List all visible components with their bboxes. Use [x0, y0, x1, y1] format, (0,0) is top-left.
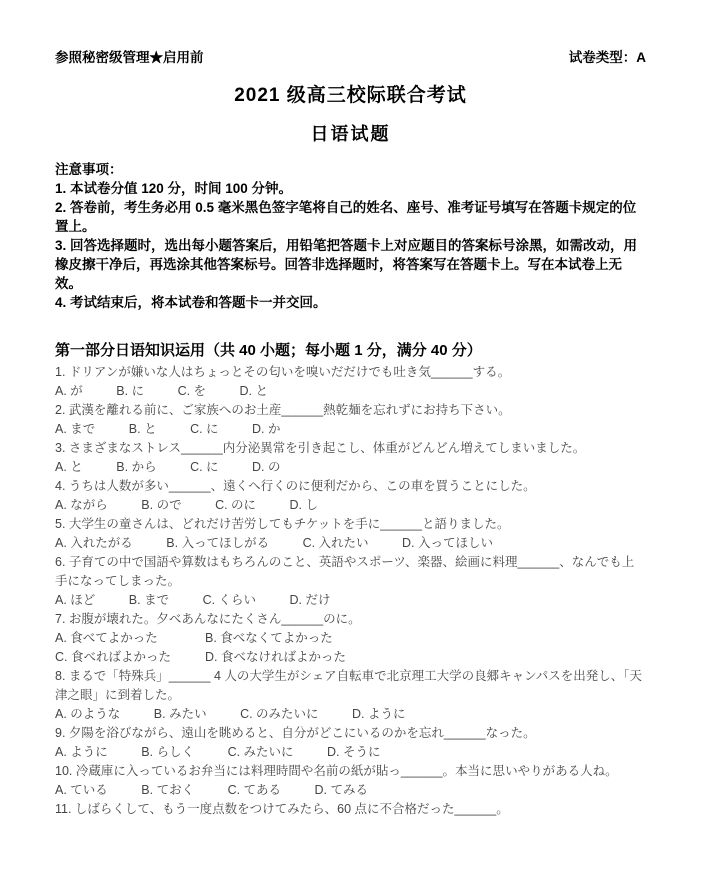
question-options: A. ほど B. まで C. くらい D. だけ [55, 591, 646, 610]
question-10: 10. 冷蔵庫に入っているお弁当には料理時間や名前の紙が貼っ______。本当に… [55, 762, 646, 800]
option-d: D. 食べなければよかった [205, 648, 475, 667]
question-options: A. ながら B. ので C. のに D. し [55, 496, 646, 515]
question-text: 2. 武漢を離れる前に、ご家族へのお土産______熱乾麺を忘れずにお持ち下さい… [55, 401, 646, 420]
notice-item-4: 4. 考试结束后，将本试卷和答题卡一并交回。 [55, 293, 646, 312]
notice-item-1: 1. 本试卷分值 120 分，时间 100 分钟。 [55, 179, 646, 198]
option-c: C. のに [215, 496, 256, 515]
section-heading: 第一部分日语知识运用（共 40 小题；每小题 1 分，满分 40 分） [55, 339, 646, 360]
option-b: B. みたい [154, 705, 207, 724]
question-text: 11. しばらくして、もう一度点数をつけてみたら、60 点に不合格だった____… [55, 800, 646, 819]
question-8: 8. まるで「特殊兵」______ 4 人の大学生がシェア自転車で北京理工大学の… [55, 667, 646, 724]
question-options: A. と B. から C. に D. の [55, 458, 646, 477]
notices-heading: 注意事项： [55, 160, 646, 179]
option-b: B. ておく [141, 781, 194, 800]
option-a: A. ほど [55, 591, 95, 610]
classification-label: 参照秘密级管理★启用前 [55, 46, 204, 66]
question-options: A. ている B. ておく C. てある D. てみる [55, 781, 646, 800]
option-b: B. 食べなくてよかった [205, 629, 475, 648]
question-text: 6. 子育ての中で国語や算数はもちろんのこと、英語やスポーツ、楽器、絵画に料理_… [55, 553, 646, 591]
doc-header: 参照秘密级管理★启用前 试卷类型：A [55, 46, 646, 66]
option-c: C. 食べればよかった [55, 648, 205, 667]
option-d: D. の [252, 458, 280, 477]
option-b: B. まで [129, 591, 169, 610]
question-3: 3. さまざまなストレス______内分泌異常を引き起こし、体重がどんどん増えて… [55, 439, 646, 477]
paper-type-label: 试卷类型：A [569, 46, 646, 66]
option-a: A. ように [55, 743, 108, 762]
question-options: A. ように B. らしく C. みたいに D. そうに [55, 743, 646, 762]
question-text: 7. お腹が壊れた。夕べあんなにたくさん______のに。 [55, 610, 646, 629]
option-c: C. 入れたい [303, 534, 369, 553]
question-text: 8. まるで「特殊兵」______ 4 人の大学生がシェア自転車で北京理工大学の… [55, 667, 646, 705]
option-c: C. に [190, 458, 218, 477]
exam-subject-title: 日语试题 [55, 120, 646, 146]
option-d: D. し [290, 496, 318, 515]
exam-title: 2021 级高三校际联合考试 [55, 80, 646, 107]
notices-section: 注意事项： 1. 本试卷分值 120 分，时间 100 分钟。 2. 答卷前，考… [55, 160, 646, 312]
notice-item-2: 2. 答卷前，考生务必用 0.5 毫米黑色签字笔将自己的姓名、座号、准考证号填写… [55, 198, 646, 236]
option-d: D. だけ [290, 591, 331, 610]
option-c: C. みたいに [228, 743, 294, 762]
option-c: C. のみたいに [240, 705, 318, 724]
question-7: 7. お腹が壊れた。夕べあんなにたくさん______のに。 A. 食べてよかった… [55, 610, 646, 667]
option-a: A. と [55, 458, 83, 477]
question-text: 5. 大学生の童さんは、どれだけ苦労してもチケットを手に______と語りました… [55, 515, 646, 534]
option-a: A. 入れたがる [55, 534, 133, 553]
option-b: B. に [116, 382, 144, 401]
option-d: D. 入ってほしい [402, 534, 493, 553]
question-options: A. 食べてよかった B. 食べなくてよかった C. 食べればよかった D. 食… [55, 629, 475, 667]
question-9: 9. 夕陽を浴びながら、遠山を眺めると、自分がどこにいるのかを忘れ______な… [55, 724, 646, 762]
question-text: 1. ドリアンが嫌いな人はちょっとその匂いを嗅いだだけでも吐き気______する… [55, 363, 646, 382]
option-c: C. を [178, 382, 206, 401]
option-c: C. くらい [203, 591, 256, 610]
question-text: 10. 冷蔵庫に入っているお弁当には料理時間や名前の紙が貼っ______。本当に… [55, 762, 646, 781]
option-d: D. てみる [315, 781, 368, 800]
option-b: B. と [129, 420, 157, 439]
option-d: D. そうに [327, 743, 380, 762]
question-6: 6. 子育ての中で国語や算数はもちろんのこと、英語やスポーツ、楽器、絵画に料理_… [55, 553, 646, 610]
question-list: 1. ドリアンが嫌いな人はちょっとその匂いを嗅いだだけでも吐き気______する… [55, 363, 646, 819]
option-d: D. と [240, 382, 268, 401]
notice-item-3: 3. 回答选择题时，选出每小题答案后，用铅笔把答题卡上对应题目的答案标号涂黑，如… [55, 236, 646, 293]
question-options: A. のような B. みたい C. のみたいに D. ように [55, 705, 646, 724]
question-text: 3. さまざまなストレス______内分泌異常を引き起こし、体重がどんどん増えて… [55, 439, 646, 458]
question-options: A. 入れたがる B. 入ってほしがる C. 入れたい D. 入ってほしい [55, 534, 646, 553]
question-1: 1. ドリアンが嫌いな人はちょっとその匂いを嗅いだだけでも吐き気______する… [55, 363, 646, 401]
option-a: A. のような [55, 705, 120, 724]
exam-page: 参照秘密级管理★启用前 试卷类型：A 2021 级高三校际联合考试 日语试题 注… [0, 0, 701, 877]
question-5: 5. 大学生の童さんは、どれだけ苦労してもチケットを手に______と語りました… [55, 515, 646, 553]
option-a: A. ている [55, 781, 108, 800]
question-text: 9. 夕陽を浴びながら、遠山を眺めると、自分がどこにいるのかを忘れ______な… [55, 724, 646, 743]
option-c: C. てある [228, 781, 281, 800]
option-a: A. ながら [55, 496, 108, 515]
question-11: 11. しばらくして、もう一度点数をつけてみたら、60 点に不合格だった____… [55, 800, 646, 819]
question-2: 2. 武漢を離れる前に、ご家族へのお土産______熱乾麺を忘れずにお持ち下さい… [55, 401, 646, 439]
option-b: B. ので [141, 496, 181, 515]
option-b: B. 入ってほしがる [166, 534, 269, 553]
option-a: A. 食べてよかった [55, 629, 205, 648]
option-a: A. が [55, 382, 83, 401]
option-a: A. まで [55, 420, 95, 439]
question-options: A. まで B. と C. に D. か [55, 420, 646, 439]
question-text: 4. うちは人数が多い______、遠くへ行くのに便利だから、この車を買うことに… [55, 477, 646, 496]
question-4: 4. うちは人数が多い______、遠くへ行くのに便利だから、この車を買うことに… [55, 477, 646, 515]
option-d: D. ように [352, 705, 405, 724]
option-d: D. か [252, 420, 280, 439]
option-b: B. から [116, 458, 156, 477]
option-c: C. に [190, 420, 218, 439]
option-b: B. らしく [141, 743, 194, 762]
question-options: A. が B. に C. を D. と [55, 382, 646, 401]
